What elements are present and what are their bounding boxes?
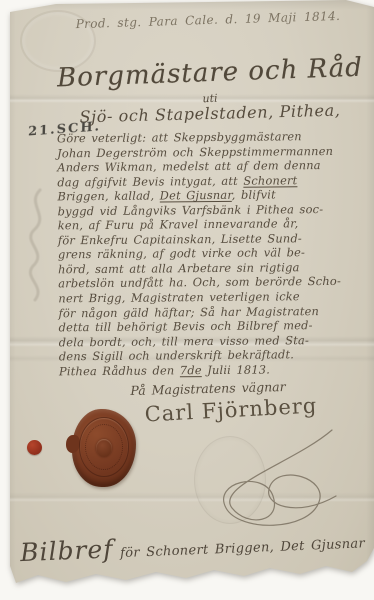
underlined-word: Schonert (243, 173, 297, 187)
body-line-segment: Julii 1813. (202, 362, 270, 377)
body-text: Göre veterligt: att Skeppsbyggmästaren J… (57, 129, 369, 379)
underlined-word: 7de (180, 363, 202, 377)
caption-rest: för Schonert Briggen, Det Gjusnar (113, 536, 365, 561)
bleed-through-script (20, 186, 56, 304)
body-line: byggd vid Långviks Varfsbänk i Pithea so… (58, 201, 368, 218)
signature: Carl Fjörnberg (126, 393, 337, 428)
body-line-segment: , blifvit (232, 188, 276, 202)
bottom-caption: Bilbref för Schonert Briggen, Det Gjusna… (20, 524, 374, 567)
wax-seal-center (96, 439, 112, 457)
red-wax-dot (27, 440, 42, 455)
body-line: arbetslön undfått ha. Och, som berörde S… (58, 274, 368, 291)
photo-backdrop: { "photo": { "backdrop_color": "#f8f7f3"… (0, 0, 374, 600)
body-line: Anders Wikman, medelst att af dem denna (57, 158, 367, 175)
docket-note: Prod. stg. Para Cale. d. 19 Maji 1814. (74, 9, 342, 31)
underlined-word: Det Gjusnar (160, 188, 232, 203)
caption-word: Bilbref (20, 534, 114, 567)
document-paper-wrap: Prod. stg. Para Cale. d. 19 Maji 1814. 2… (8, 0, 374, 592)
body-dateline: Pithea Rådhus den 7de Julii 1813. (59, 361, 369, 378)
body-line-segment: Pithea Rådhus den (59, 363, 180, 378)
body-line-segment: dag afgifvit Bevis intygat, att (57, 173, 243, 189)
seal-impression-mark (194, 436, 266, 524)
body-line-segment: Briggen, kallad, (57, 189, 159, 204)
document-paper: Prod. stg. Para Cale. d. 19 Maji 1814. 2… (8, 0, 374, 592)
